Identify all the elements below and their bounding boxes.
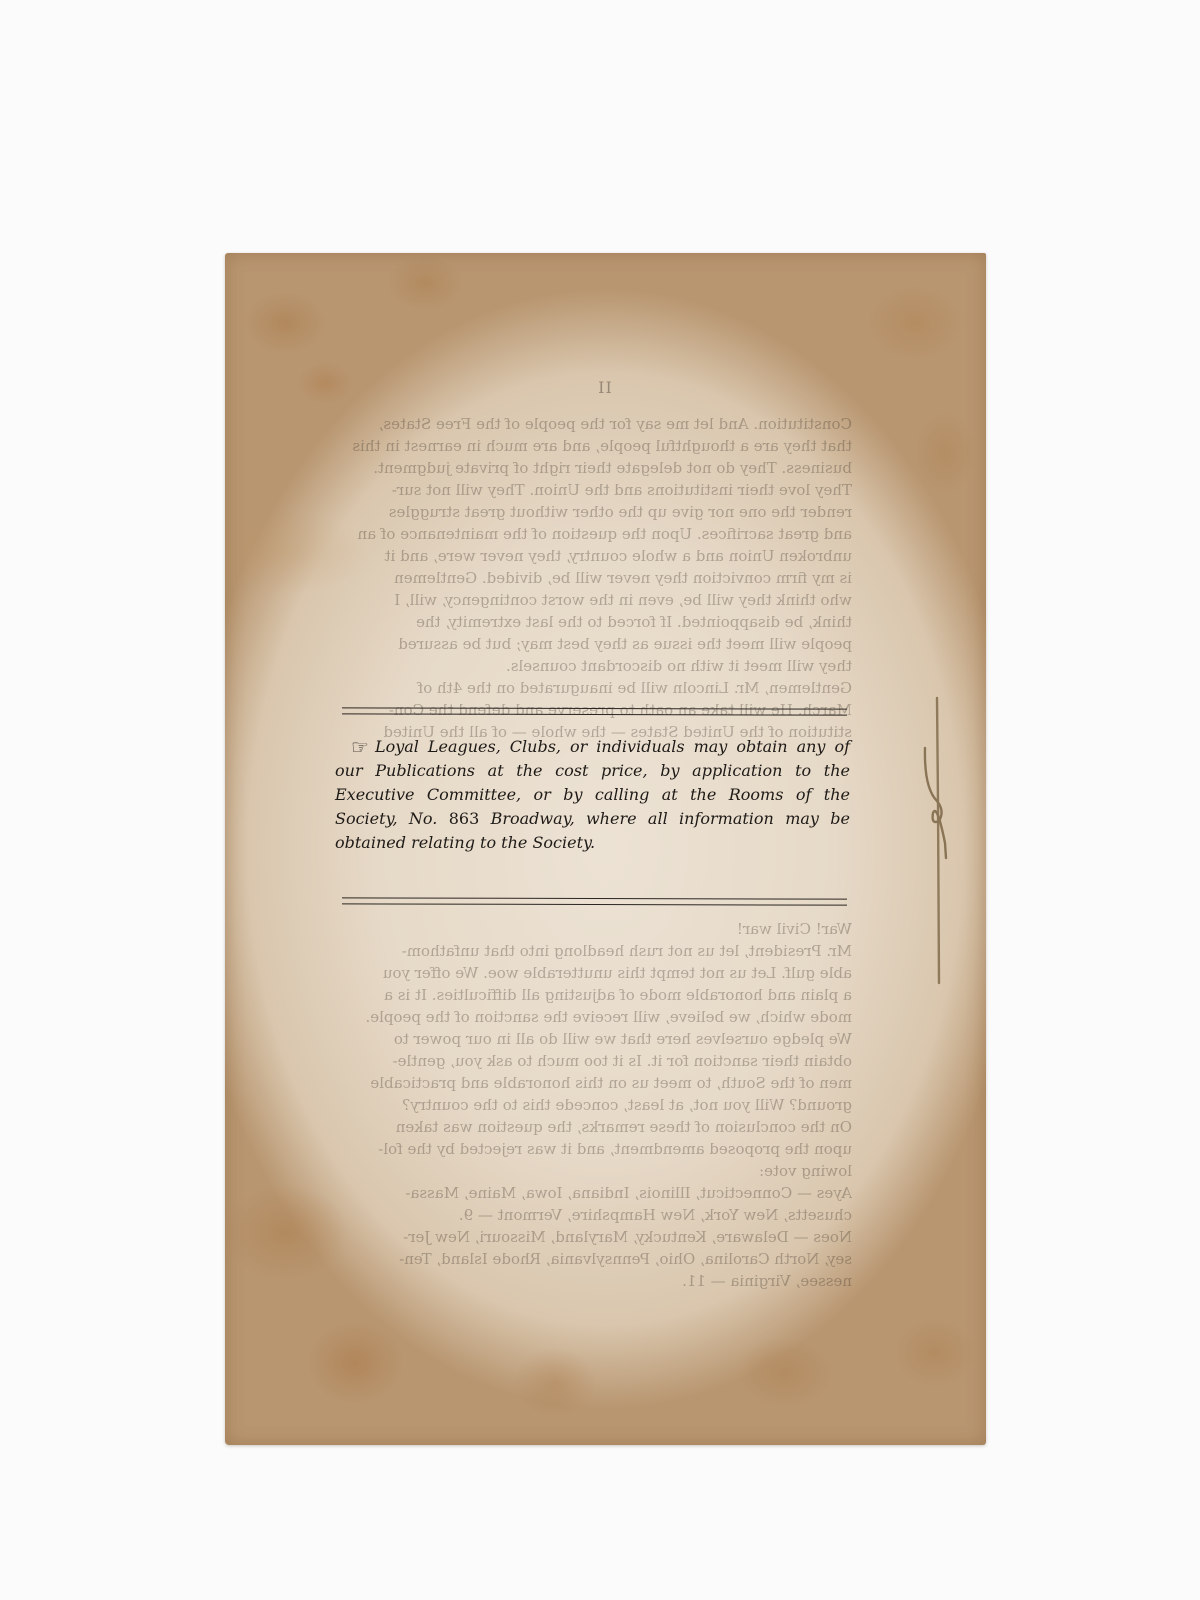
document-page: II Constitution. And let me say for the … bbox=[225, 253, 986, 1445]
bleed-through-text-bottom: War! Civil war!Mr. President, let us not… bbox=[332, 918, 852, 1292]
bleed-through-line: We pledge ourselves here that we will do… bbox=[332, 1028, 852, 1050]
address-prefix: No. bbox=[409, 809, 437, 828]
double-rule-bottom bbox=[342, 897, 847, 905]
bleed-through-line: chusetts, New York, New Hampshire, Vermo… bbox=[332, 1204, 852, 1226]
bleed-through-line: that they are a thoughtful people, and a… bbox=[332, 435, 852, 457]
bleed-through-line: War! Civil war! bbox=[332, 918, 852, 940]
bleed-through-line: nessee, Virginia — 11. bbox=[332, 1270, 852, 1292]
bleed-through-line: think, be disappointed. If forced to the… bbox=[332, 611, 852, 633]
bleed-through-line: Constitution. And let me say for the peo… bbox=[332, 413, 852, 435]
bleed-through-line: is my firm conviction they never will be… bbox=[332, 567, 852, 589]
bleed-through-line: Gentlemen, Mr. Lincoln will be inaugurat… bbox=[332, 677, 852, 699]
bleed-through-line: mode which, we believe, will receive the… bbox=[332, 1006, 852, 1028]
bleed-through-line: upon the proposed amendment, and it was … bbox=[332, 1138, 852, 1160]
bleed-through-line: They love their institutions and the Uni… bbox=[332, 479, 852, 501]
bleed-through-text-top: Constitution. And let me say for the peo… bbox=[332, 413, 852, 743]
bleed-through-line: Mr. President, let us not rush headlong … bbox=[332, 940, 852, 962]
bleed-through-line: able gulf. Let us not tempt this unutter… bbox=[332, 962, 852, 984]
bleed-through-line: On the conclusion of these remarks, the … bbox=[332, 1116, 852, 1138]
bleed-through-line: business. They do not delegate their rig… bbox=[332, 457, 852, 479]
bleed-through-line: who think they will be, even in the wors… bbox=[332, 589, 852, 611]
address-number: 863 bbox=[449, 809, 480, 828]
bleed-through-line: lowing vote: bbox=[332, 1160, 852, 1182]
bleed-through-line: sey, North Carolina, Ohio, Pennsylvania,… bbox=[332, 1248, 852, 1270]
bleed-through-line: render the one nor give up the other wit… bbox=[332, 501, 852, 523]
bleed-through-line: ground? Will you not, at least, concede … bbox=[332, 1094, 852, 1116]
binding-thread-icon bbox=[915, 693, 955, 993]
bleed-through-line: unbroken Union and a whole country, they… bbox=[332, 545, 852, 567]
bleed-through-line: Ayes — Connecticut, Illinois, Indiana, I… bbox=[332, 1182, 852, 1204]
bleed-through-line: they will meet it with no discordant cou… bbox=[332, 655, 852, 677]
bleed-through-line: men of the South, to meet us on this hon… bbox=[332, 1072, 852, 1094]
bleed-through-line: and great sacrifices. Upon the question … bbox=[332, 523, 852, 545]
bleed-through-line: obtain their sanction for it. Is it too … bbox=[332, 1050, 852, 1072]
page-number: II bbox=[225, 378, 986, 397]
bleed-through-line: Noes — Delaware, Kentucky, Maryland, Mis… bbox=[332, 1226, 852, 1248]
pointing-hand-icon: ☞ bbox=[351, 735, 369, 759]
double-rule-top bbox=[342, 707, 847, 715]
bleed-through-line: a plain and honorable mode of adjusting … bbox=[332, 984, 852, 1006]
publications-notice: ☞Loyal Leagues, Clubs, or individuals ma… bbox=[335, 735, 850, 855]
bleed-through-line: people will meet the issue as they best … bbox=[332, 633, 852, 655]
